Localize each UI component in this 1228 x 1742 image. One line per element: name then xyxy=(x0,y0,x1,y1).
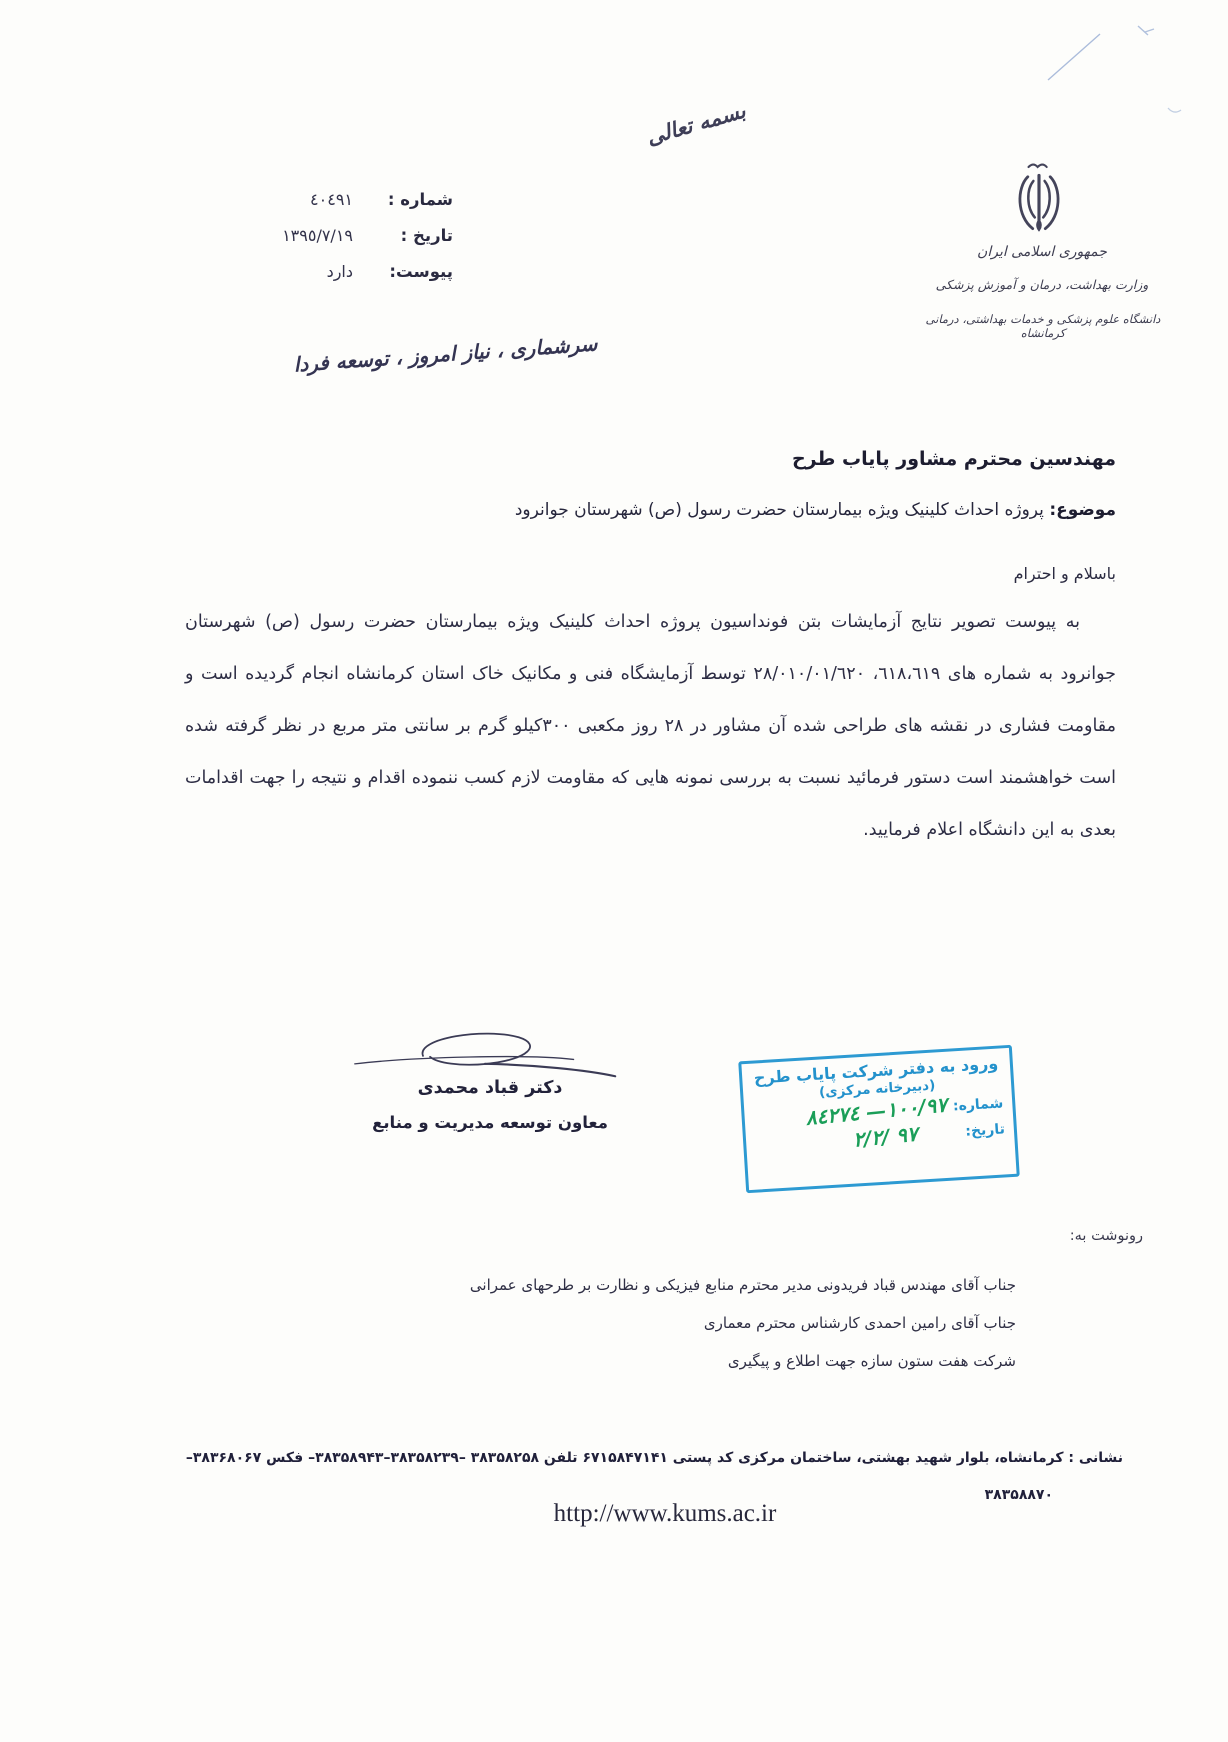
signatory-title: معاون توسعه مدیریت و منابع xyxy=(342,1113,638,1132)
pen-scribble-icon xyxy=(1038,14,1208,134)
bismillah-calligraphy: بسمه تعالی xyxy=(635,96,757,152)
number-value: ٤٠٤٩١ xyxy=(310,190,353,209)
subject-label: موضوع: xyxy=(1049,500,1116,520)
cc-item: جناب آقای رامین احمدی کارشناس محترم معما… xyxy=(470,1304,1016,1342)
org-name-ministry: وزارت بهداشت، درمان و آموزش پزشکی xyxy=(932,277,1152,292)
cc-label: رونوشت به: xyxy=(1070,1228,1143,1244)
signature-scribble-icon xyxy=(340,1024,630,1086)
date-field: تاریخ : ١٣٩٥/٧/١٩ xyxy=(282,226,453,262)
salutation: باسلام و احترام xyxy=(1014,564,1116,583)
signatory-name: دکتر قباد محمدی xyxy=(378,1078,602,1098)
date-label: تاریخ : xyxy=(379,226,453,245)
cc-item: جناب آقای مهندس قباد فریدونی مدیر محترم … xyxy=(470,1266,1016,1304)
iran-emblem-icon xyxy=(1006,160,1072,244)
census-slogan-calligraphy: سرشماری ، نیاز امروز ، توسعه فردا xyxy=(293,331,599,376)
stamp-number-label: شماره: xyxy=(953,1095,1004,1114)
cc-item: شرکت هفت ستون سازه جهت اطلاع و پیگیری xyxy=(470,1342,1016,1380)
entry-stamp: ورود به دفتر شرکت پایاب طرح (دبیرخانه مر… xyxy=(738,1045,1020,1193)
site-url: http://www.kums.ac.ir xyxy=(500,1500,830,1528)
stamp-date-label: تاریخ: xyxy=(965,1121,1005,1139)
org-name-country: جمهوری اسلامی ایران xyxy=(956,244,1128,260)
recipient-heading: مهندسین محترم مشاور پایاب طرح xyxy=(792,448,1116,470)
org-name-university: دانشگاه علوم پزشکی و خدمات بهداشتی، درما… xyxy=(912,312,1174,340)
footer-address: نشانی : کرمانشاه، بلوار شهید بهشتی، ساخت… xyxy=(186,1450,1123,1466)
attachment-value: دارد xyxy=(327,262,353,281)
date-value: ١٣٩٥/٧/١٩ xyxy=(282,226,353,245)
subject-text: پروژه احداث کلینیک ویژه بیمارستان حضرت ر… xyxy=(515,500,1044,520)
stamp-date-value: ٩٧ /٢/٢ xyxy=(852,1122,919,1152)
scanned-letter-page: بسمه تعالی جمهوری اسلامی ایران وزارت بهد… xyxy=(0,0,1228,1742)
number-label: شماره : xyxy=(379,190,453,209)
letter-meta-fields: شماره : ٤٠٤٩١ تاریخ : ١٣٩٥/٧/١٩ پیوست: د… xyxy=(282,190,453,298)
body-paragraph: به پیوست تصویر نتایج آزمایشات بتن فونداس… xyxy=(185,596,1116,856)
subject-line: موضوع: پروژه احداث کلینیک ویژه بیمارستان… xyxy=(300,500,1116,520)
attachment-label: پیوست: xyxy=(379,262,453,281)
number-field: شماره : ٤٠٤٩١ xyxy=(282,190,453,226)
attachment-field: پیوست: دارد xyxy=(282,262,453,298)
cc-list: جناب آقای مهندس قباد فریدونی مدیر محترم … xyxy=(470,1266,1016,1380)
